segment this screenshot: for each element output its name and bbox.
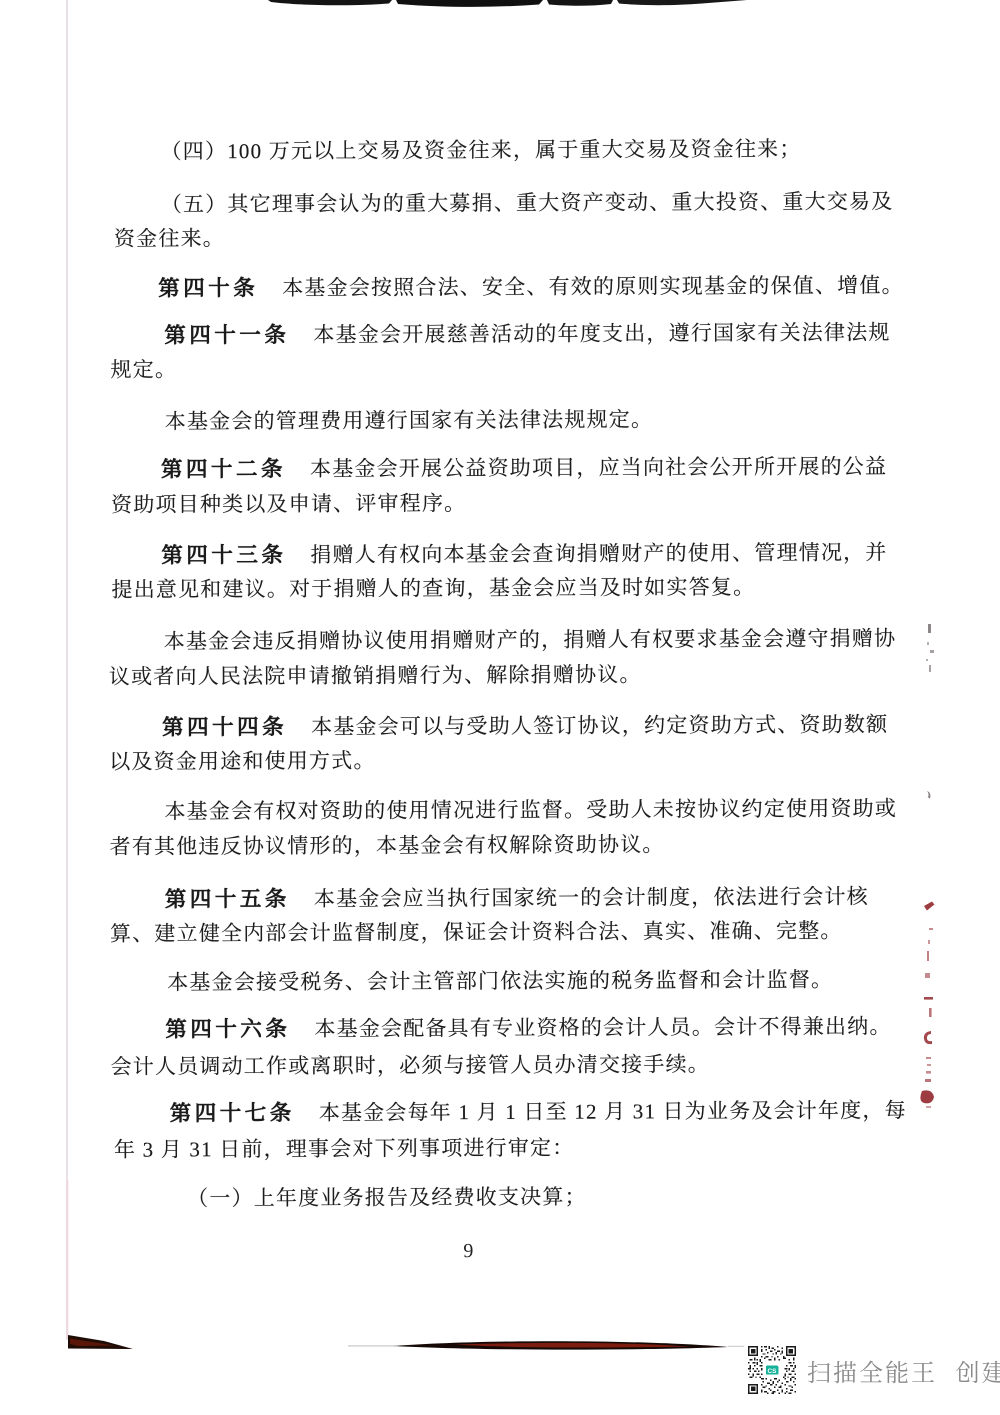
- document-line: 资金往来。: [114, 222, 225, 252]
- camscanner-qr-code: CS: [748, 1346, 796, 1394]
- scanned-document-page: （四）100 万元以上交易及资金往来，属于重大交易及资金往来； （五）其它理事会…: [0, 0, 1000, 1415]
- document-line-article: 第四十条本基金会按照合法、安全、有效的原则实现基金的保值、增值。: [158, 268, 904, 302]
- document-line: 算、建立健全内部会计监督制度，保证会计资料合法、真实、准确、完整。: [110, 915, 843, 948]
- watermark-text: 扫描全能王 创建: [807, 1353, 1000, 1388]
- line-text: 本基金会应当执行国家统一的会计制度，依法进行会计核: [314, 884, 869, 910]
- document-line: 本基金会接受税务、会计主管部门依法实施的税务监督和会计监督。: [167, 964, 833, 997]
- line-text: 本基金会开展慈善活动的年度支出，遵行国家有关法律法规: [313, 320, 890, 347]
- document-line: （四）100 万元以上交易及资金往来，属于重大交易及资金往来；: [161, 133, 802, 166]
- document-line-article: 第四十五条本基金会应当执行国家统一的会计制度，依法进行会计核: [165, 879, 869, 913]
- document-line: （一）上年度业务报告及经费收支决算；: [187, 1181, 587, 1213]
- line-text: 以及资金用途和使用方式。: [109, 749, 376, 774]
- line-text: 会计人员调动工作或离职时，必须与接管人员办清交接手续。: [111, 1052, 711, 1079]
- line-text: 者有其他违反协议情形的，本基金会有权解除资助协议。: [110, 832, 665, 858]
- article-number: 第四十条: [158, 276, 258, 300]
- line-text: 提出意见和建议。对于捐赠人的查询，基金会应当及时如实答复。: [111, 575, 755, 602]
- line-text: 本基金会接受税务、会计主管部门依法实施的税务监督和会计监督。: [167, 968, 833, 995]
- qr-logo-text: CS: [767, 1368, 777, 1375]
- line-text: （五）其它理事会认为的重大募捐、重大资产变动、重大投资、重大交易及: [161, 189, 894, 216]
- page-number: 9: [463, 1240, 473, 1263]
- article-number: 第四十二条: [161, 457, 286, 482]
- document-line: 提出意见和建议。对于捐赠人的查询，基金会应当及时如实答复。: [111, 571, 755, 604]
- line-text: 本基金会每年 1 月 1 日至 12 月 31 日为业务及会计年度，每: [319, 1098, 907, 1125]
- line-text: 本基金会有权对资助的使用情况进行监督。受助人未按协议约定使用资助或: [164, 796, 897, 823]
- document-line-article: 第四十二条本基金会开展公益资助项目，应当向社会公开所开展的公益: [161, 449, 887, 483]
- document-line: 本基金会违反捐赠协议使用捐赠财产的，捐赠人有权要求基金会遵守捐赠协: [164, 622, 897, 655]
- article-number: 第四十四条: [162, 715, 287, 740]
- document-line: 以及资金用途和使用方式。: [109, 745, 376, 776]
- article-number: 第四十一条: [164, 323, 289, 348]
- scanner-watermark: CS 扫描全能王 创建: [748, 1346, 1000, 1394]
- line-text: （一）上年度业务报告及经费收支决算；: [187, 1185, 587, 1211]
- line-text: （四）100 万元以上交易及资金往来，属于重大交易及资金往来；: [161, 137, 802, 164]
- line-text: 本基金会的管理费用遵行国家有关法律法规规定。: [165, 407, 654, 433]
- article-number: 第四十五条: [165, 887, 290, 912]
- line-text: 年 3 月 31 日前，理事会对下列事项进行审定：: [114, 1136, 575, 1162]
- article-number: 第四十七条: [170, 1101, 295, 1126]
- document-line: 年 3 月 31 日前，理事会对下列事项进行审定：: [114, 1132, 575, 1164]
- line-text: 资助项目种类以及申请、评审程序。: [111, 491, 466, 517]
- document-line: 资助项目种类以及申请、评审程序。: [111, 487, 466, 519]
- document-line-article: 第四十六条本基金会配备具有专业资格的会计人员。会计不得兼出纳。: [165, 1009, 891, 1043]
- document-line-article: 第四十三条捐赠人有权向本基金会查询捐赠财产的使用、管理情况，并: [161, 535, 887, 569]
- line-text: 本基金会开展公益资助项目，应当向社会公开所开展的公益: [310, 454, 887, 481]
- document-line: 规定。: [110, 353, 177, 383]
- line-text: 议或者向人民法院申请撤销捐赠行为、解除捐赠协议。: [109, 662, 642, 688]
- document-line: 议或者向人民法院申请撤销捐赠行为、解除捐赠协议。: [109, 658, 642, 690]
- document-line-article: 第四十七条本基金会每年 1 月 1 日至 12 月 31 日为业务及会计年度，每: [170, 1093, 907, 1127]
- document-line: 本基金会有权对资助的使用情况进行监督。受助人未按协议约定使用资助或: [164, 792, 897, 825]
- line-text: 捐赠人有权向本基金会查询捐赠财产的使用、管理情况，并: [310, 540, 887, 567]
- line-text: 规定。: [110, 357, 177, 381]
- document-body: （四）100 万元以上交易及资金往来，属于重大交易及资金往来； （五）其它理事会…: [0, 0, 1000, 1415]
- line-text: 算、建立健全内部会计监督制度，保证会计资料合法、真实、准确、完整。: [110, 919, 843, 946]
- document-line: 者有其他违反协议情形的，本基金会有权解除资助协议。: [110, 828, 665, 860]
- document-line: （五）其它理事会认为的重大募捐、重大资产变动、重大投资、重大交易及: [161, 185, 894, 218]
- line-text: 本基金会违反捐赠协议使用捐赠财产的，捐赠人有权要求基金会遵守捐赠协: [164, 626, 897, 653]
- article-number: 第四十三条: [161, 543, 286, 568]
- line-text: 资金往来。: [114, 226, 225, 250]
- document-line-article: 第四十一条本基金会开展慈善活动的年度支出，遵行国家有关法律法规: [164, 315, 890, 349]
- article-number: 第四十六条: [165, 1017, 290, 1042]
- line-text: 本基金会按照合法、安全、有效的原则实现基金的保值、增值。: [282, 273, 904, 300]
- line-text: 本基金会配备具有专业资格的会计人员。会计不得兼出纳。: [314, 1014, 891, 1041]
- line-text: 本基金会可以与受助人签订协议，约定资助方式、资助数额: [311, 712, 888, 739]
- document-line: 本基金会的管理费用遵行国家有关法律法规规定。: [165, 403, 654, 435]
- document-line: 会计人员调动工作或离职时，必须与接管人员办清交接手续。: [110, 1048, 710, 1081]
- document-line-article: 第四十四条本基金会可以与受助人签订协议，约定资助方式、资助数额: [162, 707, 888, 741]
